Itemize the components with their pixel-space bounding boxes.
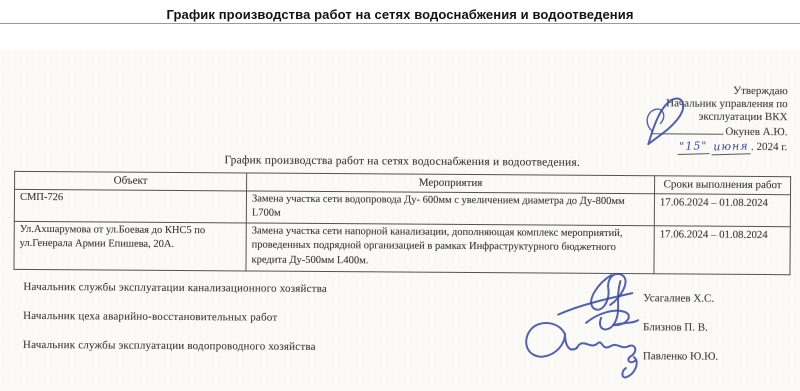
schedule-table: Объект Мероприятия Сроки выполнения рабо… bbox=[13, 171, 791, 276]
signatory-block: Начальник службы эксплуатации канализаци… bbox=[23, 281, 790, 373]
signature-line bbox=[651, 123, 723, 135]
cell-period: 17.06.2024 – 01.08.2024 bbox=[654, 194, 790, 227]
approval-block: Утверждаю Начальник управления по эксплу… bbox=[557, 84, 787, 156]
signatory-name: Близнов П. В. bbox=[643, 321, 789, 334]
cell-object: СМП-726 bbox=[14, 189, 246, 223]
header-period: Сроки выполнения работ bbox=[655, 176, 791, 195]
page-title: График производства работ на сетях водос… bbox=[0, 0, 800, 22]
page: График производства работ на сетях водос… bbox=[0, 0, 800, 391]
signatory-title: Начальник службы эксплуатации канализаци… bbox=[23, 281, 643, 297]
table-row: СМП-726 Замена участка сети водопровода … bbox=[14, 189, 790, 227]
signatory-name: Павленко Ю.Ю. bbox=[643, 350, 789, 363]
signatory-name: Усагалиев Х.С. bbox=[643, 292, 789, 305]
header-object: Объект bbox=[15, 171, 247, 190]
document-scan: Утверждаю Начальник управления по эксплу… bbox=[0, 50, 800, 391]
approval-name-line: Окунев А.Ю. bbox=[557, 123, 787, 140]
cell-activity: Замена участка сети водопровода Ду- 600м… bbox=[246, 191, 654, 226]
document-content: Утверждаю Начальник управления по эксплу… bbox=[0, 50, 800, 391]
date-printed-tail: . 2024 г. bbox=[751, 141, 787, 153]
cell-activity: Замена участка сети напорной канализации… bbox=[246, 223, 654, 274]
handwritten-day: "15" bbox=[679, 139, 707, 153]
cell-period: 17.06.2024 – 01.08.2024 bbox=[654, 226, 790, 275]
document-subtitle: График производства работ на сетях водос… bbox=[14, 153, 790, 170]
approval-date-line: "15" июня. 2024 г. bbox=[557, 139, 787, 156]
signatory-row: Начальник службы эксплуатации водопровод… bbox=[23, 339, 789, 373]
handwritten-month: июня bbox=[714, 139, 750, 153]
cell-object: Ул.Ахшарумова от ул.Боевая до КНС5 по ул… bbox=[14, 222, 246, 272]
title-divider bbox=[0, 23, 800, 24]
approval-name: Окунев А.Ю. bbox=[725, 126, 787, 138]
banner: График производства работ на сетях водос… bbox=[0, 0, 800, 50]
table-row: Ул.Ахшарумова от ул.Боевая до КНС5 по ул… bbox=[14, 222, 790, 275]
